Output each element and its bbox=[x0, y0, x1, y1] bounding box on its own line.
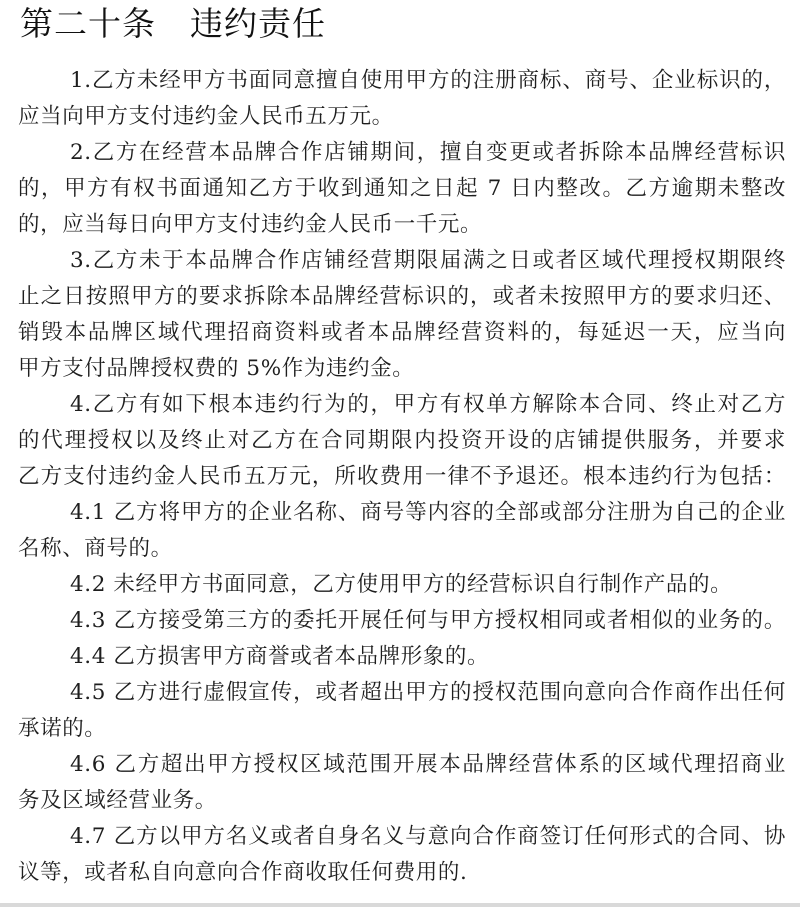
clause-4-3: 4.3 乙方接受第三方的委托开展任何与甲方授权相同或者相似的业务的。 bbox=[18, 603, 786, 639]
clause-4-6-line-1: 4.6 乙方超出甲方授权区域范围开展本品牌经营体系的区域代理招商业 bbox=[18, 747, 786, 783]
clause-4-6-line-2: 务及区域经营业务。 bbox=[18, 783, 786, 819]
clause-4-2: 4.2 未经甲方书面同意，乙方使用甲方的经营标识自行制作产品的。 bbox=[18, 567, 786, 603]
clause-1-line-2: 应当向甲方支付违约金人民币五万元。 bbox=[18, 99, 786, 135]
clause-4-1-line-1: 4.1 乙方将甲方的企业名称、商号等内容的全部或部分注册为自己的企业 bbox=[18, 495, 786, 531]
clause-2-line-1: 2.乙方在经营本品牌合作店铺期间，擅自变更或者拆除本品牌经营标识 bbox=[18, 135, 786, 171]
clause-4-line-3: 乙方支付违约金人民币五万元，所收费用一律不予退还。根本违约行为包括： bbox=[18, 459, 786, 495]
clause-4-line-2: 的代理授权以及终止对乙方在合同期限内投资开设的店铺提供服务，并要求 bbox=[18, 423, 786, 459]
clause-2-line-2: 的，甲方有权书面通知乙方于收到通知之日起 7 日内整改。乙方逾期未整改 bbox=[18, 171, 786, 207]
clause-4-7-line-1: 4.7 乙方以甲方名义或者自身名义与意向合作商签订任何形式的合同、协 bbox=[18, 819, 786, 855]
clause-3-line-4: 甲方支付品牌授权费的 5%作为违约金。 bbox=[18, 351, 786, 387]
clause-4-1-line-2: 名称、商号的。 bbox=[18, 531, 786, 567]
clause-3-line-2: 止之日按照甲方的要求拆除本品牌经营标识的，或者未按照甲方的要求归还、 bbox=[18, 279, 786, 315]
clause-4-5-line-2: 承诺的。 bbox=[18, 711, 786, 747]
clause-3-line-1: 3.乙方未于本品牌合作店铺经营期限届满之日或者区域代理授权期限终 bbox=[18, 243, 786, 279]
article-title: 第二十条 违约责任 bbox=[20, 2, 326, 46]
clause-4-7-line-2: 议等，或者私自向意向合作商收取任何费用的. bbox=[18, 855, 786, 891]
clause-4-line-1: 4.乙方有如下根本违约行为的，甲方有权单方解除本合同、终止对乙方 bbox=[18, 387, 786, 423]
clause-2-line-3: 的，应当每日向甲方支付违约金人民币一千元。 bbox=[18, 207, 786, 243]
clause-4-5-line-1: 4.5 乙方进行虚假宣传，或者超出甲方的授权范围向意向合作商作出任何 bbox=[18, 675, 786, 711]
clause-1-line-1: 1.乙方未经甲方书面同意擅自使用甲方的注册商标、商号、企业标识的， bbox=[18, 63, 786, 99]
clause-4-4: 4.4 乙方损害甲方商誉或者本品牌形象的。 bbox=[18, 639, 786, 675]
page-bottom-edge bbox=[0, 903, 800, 907]
clause-3-line-3: 销毁本品牌区域代理招商资料或者本品牌经营资料的，每延迟一天，应当向 bbox=[18, 315, 786, 351]
